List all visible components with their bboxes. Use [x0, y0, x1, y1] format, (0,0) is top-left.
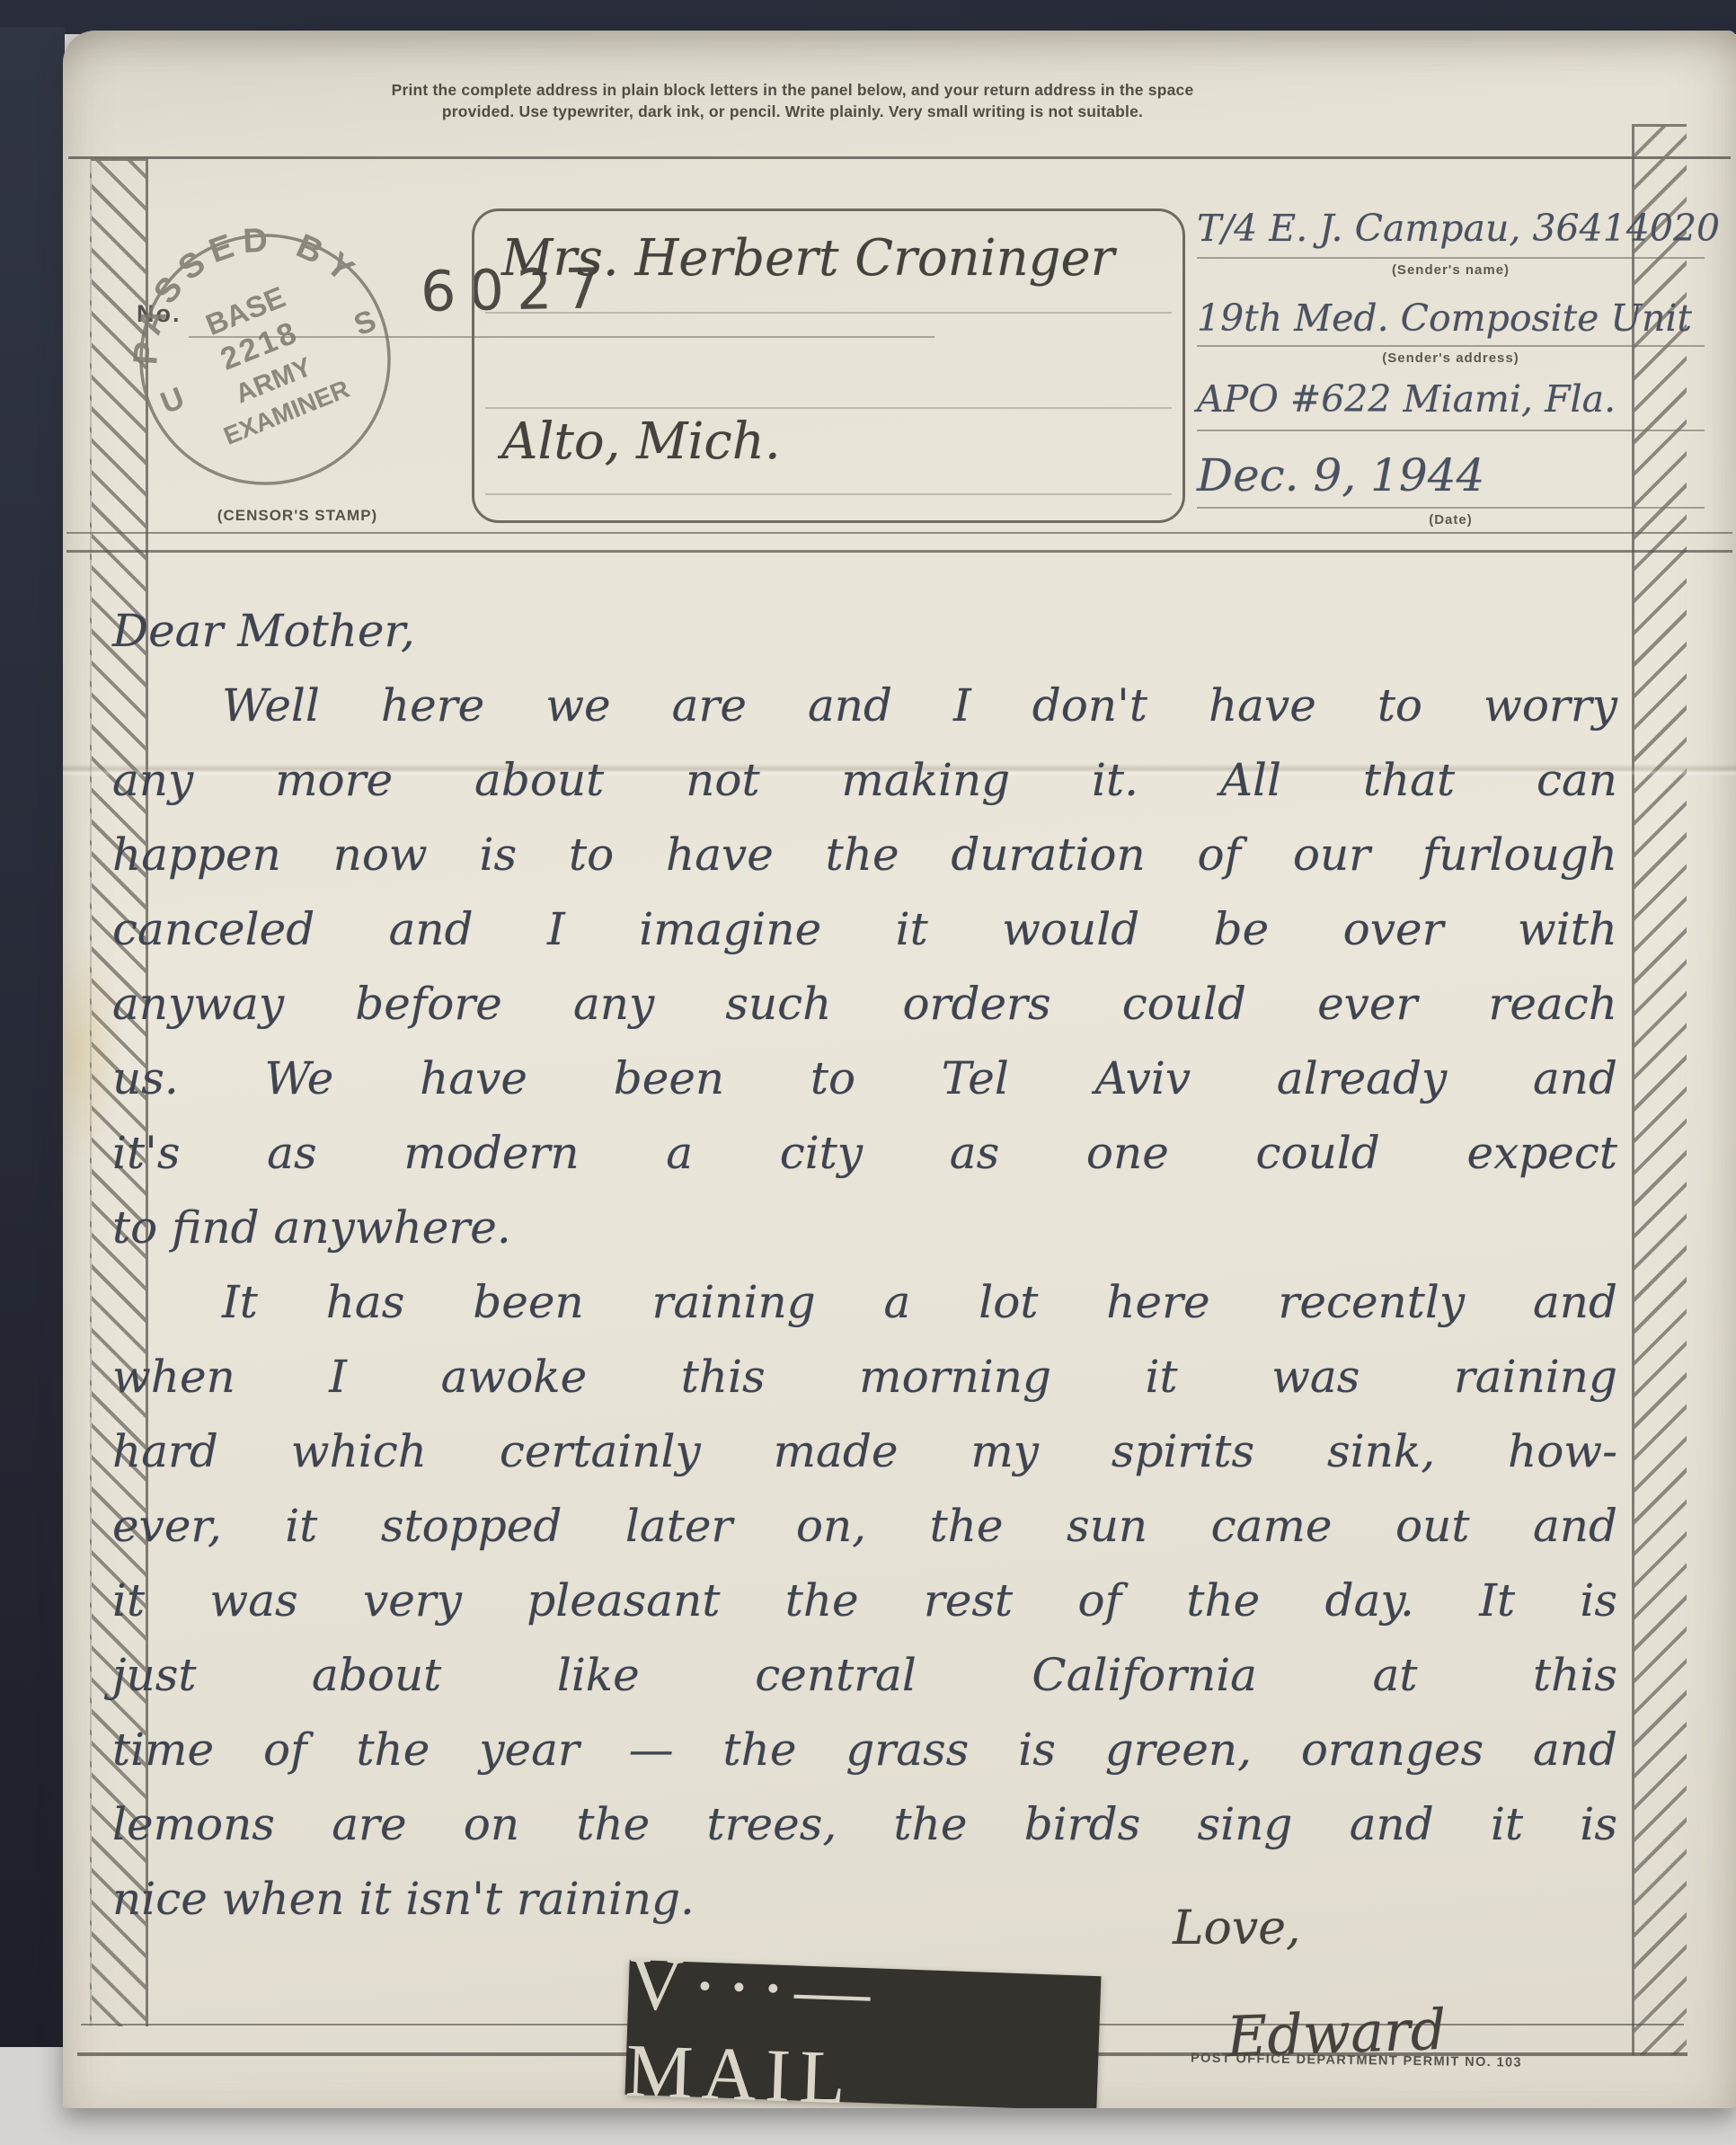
address-guide-line	[485, 407, 1172, 409]
photo-background-left	[0, 27, 65, 2047]
letter-line: Dear Mother,	[112, 597, 1617, 671]
letter-body: Dear Mother,Well here we are and I don't…	[112, 597, 1617, 1939]
letter-line: canceled and I imagine it would be over …	[112, 895, 1617, 970]
sender-apo: APO #622 Miami, Fla.	[1197, 377, 1705, 421]
censor-stamp: PASSED BY U S BASE 2218 ARMY EXAMINER	[117, 211, 413, 508]
section-divider-rule	[66, 532, 1732, 534]
form-instructions: Print the complete address in plain bloc…	[253, 79, 1332, 122]
sender-name: T/4 E. J. Campau, 36414020	[1197, 207, 1705, 250]
address-guide-line	[485, 493, 1172, 495]
sender-name-line	[1197, 257, 1705, 259]
sender-apo-line	[1197, 430, 1705, 431]
letter-line: Well here we are and I don't have to wor…	[112, 671, 1617, 746]
letter-line: it was very pleasant the rest of the day…	[112, 1566, 1617, 1641]
vmail-letter-sheet: Print the complete address in plain bloc…	[63, 31, 1736, 2108]
form-instructions-line2: provided. Use typewriter, dark ink, or p…	[253, 101, 1332, 122]
date-label: (Date)	[1197, 512, 1705, 527]
letter-date: Dec. 9, 1944	[1197, 449, 1705, 501]
sender-address-label: (Sender's address)	[1197, 350, 1705, 366]
censor-stamp-s: S	[350, 304, 381, 343]
letter-line: lemons are on the trees, the birds sing …	[112, 1790, 1617, 1865]
letter-line: happen now is to have the duration of ou…	[112, 820, 1617, 895]
form-instructions-line1: Print the complete address in plain bloc…	[253, 79, 1332, 101]
letter-line: when I awoke this morning it was raining	[112, 1343, 1617, 1417]
letter-line: it's as modern a city as one could expec…	[112, 1119, 1617, 1193]
letter-line: to find anywhere.	[112, 1193, 1617, 1268]
letter-line: It has been raining a lot here recently …	[112, 1268, 1617, 1343]
vmail-logo-box: V···—MAIL	[625, 1960, 1102, 2108]
sender-unit: 19th Med. Composite Unit	[1197, 297, 1705, 340]
letter-line: hard which certainly made my spirits sin…	[112, 1417, 1617, 1492]
letter-line: just about like central California at th…	[112, 1641, 1617, 1715]
letter-line: us. We have been to Tel Aviv already and	[112, 1044, 1617, 1119]
sender-name-label: (Sender's name)	[1197, 262, 1705, 278]
letter-line: any more about not making it. All that c…	[112, 746, 1617, 820]
censor-stamp-u: U	[155, 381, 189, 421]
recipient-city: Alto, Mich.	[501, 412, 781, 471]
sender-unit-line	[1197, 345, 1705, 347]
header-rule	[68, 156, 1731, 159]
letter-line: ever, it stopped later on, the sun came …	[112, 1492, 1617, 1566]
recipient-address-box: Mrs. Herbert Croninger Alto, Mich.	[472, 208, 1185, 523]
letter-line: nice when it isn't raining.	[112, 1865, 1617, 1939]
letter-date-line	[1197, 507, 1705, 509]
recipient-name: Mrs. Herbert Croninger	[501, 229, 1114, 288]
censor-stamp-label: (CENSOR'S STAMP)	[149, 507, 446, 525]
section-divider-rule	[66, 550, 1732, 553]
vmail-logo-text: V···—MAIL	[624, 1940, 1102, 2108]
letter-closing: Love,	[1173, 1901, 1301, 1955]
letter-line: anyway before any such orders could ever…	[112, 970, 1617, 1044]
letter-line: time of the year — the grass is green, o…	[112, 1715, 1617, 1790]
address-guide-line	[485, 312, 1172, 314]
photo-background-top	[0, 0, 1736, 34]
